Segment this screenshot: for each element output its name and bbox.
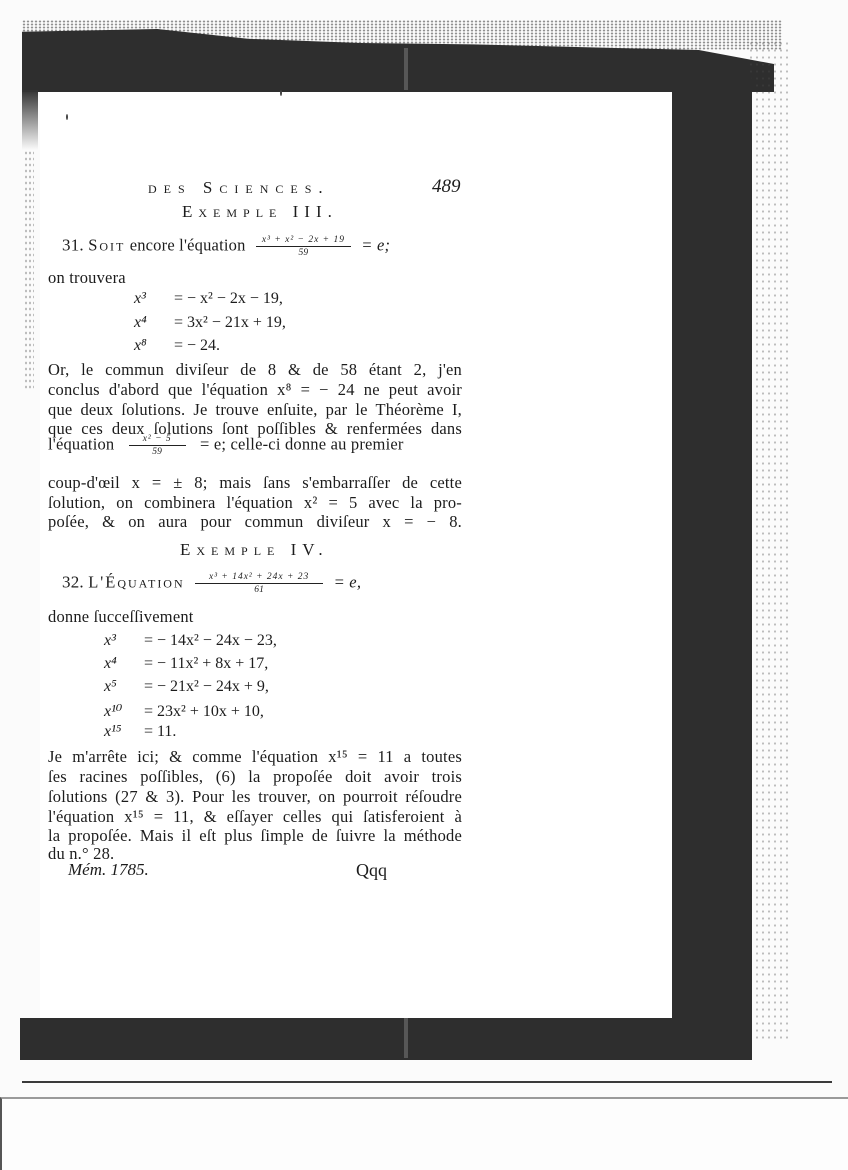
intro-lead: L'Équation: [88, 572, 184, 591]
fraction-denominator: 59: [256, 247, 351, 258]
paragraph-line-text: la propoſée. Mais il eſt plus ſimple de …: [48, 826, 462, 846]
paragraph-number: 32.: [62, 572, 84, 591]
equation-lhs: x⁴: [104, 655, 144, 673]
example-3-heading: Exemple III.: [182, 202, 338, 222]
intro-lead: Soit: [88, 235, 125, 254]
paragraph-line: ſolutions (27 & 3). Pour les trouver, on…: [48, 787, 462, 807]
scan-frame-left-speckle: [24, 150, 34, 390]
paragraph-line-text: ſes racines poſſibles, (6) la propoſée d…: [48, 767, 462, 787]
paragraph-32-intro: 32. L'Équation x³ + 14x² + 24x + 23 61 =…: [62, 572, 361, 595]
paragraph-line: ſes racines poſſibles, (6) la propoſée d…: [48, 767, 462, 787]
intro-rest: encore l'équation: [130, 235, 246, 254]
equation-row: x¹⁵= 11.: [104, 723, 176, 741]
paragraph-line-text: ſolutions (27 & 3). Pour les trouver, on…: [48, 787, 462, 807]
scan-frame-bottom: [20, 1018, 752, 1060]
equation-row: x¹⁰= 23x² + 10x + 10,: [104, 701, 264, 721]
scan-speck: [280, 90, 282, 96]
paragraph-line-text: Or, le commun diviſeur de 8 & de 58 étan…: [48, 360, 462, 380]
paragraph-line-text: l'équation x¹⁵ = 11, & eſſayer celles qu…: [48, 807, 462, 827]
line-prefix: l'équation: [48, 434, 114, 453]
equation-lhs: x¹⁵: [104, 723, 144, 741]
paragraph-line: coup-d'œil x = ± 8; mais ſans s'embarraſ…: [48, 473, 462, 493]
fraction-suffix: = e,: [334, 572, 362, 591]
equation-row: x³= − 14x² − 24x − 23,: [104, 632, 277, 650]
paragraph-line-text: que deux ſolutions. Je trouve enſuite, p…: [48, 400, 462, 420]
fraction-suffix: = e;: [361, 235, 390, 254]
scan-frame-spray: [748, 40, 788, 1040]
paragraph-line: que deux ſolutions. Je trouve enſuite, p…: [48, 400, 462, 420]
page: des Sciences. 489 Exemple III. 31. Soit …: [40, 92, 672, 1018]
footer-signature: Qqq: [356, 860, 387, 881]
paragraph-line: Or, le commun diviſeur de 8 & de 58 étan…: [48, 360, 462, 380]
equation-rhs: = − 11x² + 8x + 17,: [144, 655, 268, 673]
scan-frame-right: [672, 60, 752, 1058]
paragraph-line: la propoſée. Mais il eſt plus ſimple de …: [48, 826, 462, 846]
paragraph-line: l'équation x¹⁵ = 11, & eſſayer celles qu…: [48, 807, 462, 827]
equation-lhs: x³: [104, 632, 144, 650]
equation-rhs: = 3x² − 21x + 19,: [174, 314, 286, 332]
paragraph-line: poſée, & on aura pour commun diviſeur x …: [48, 512, 462, 532]
paragraph-line-text: coup-d'œil x = ± 8; mais ſans s'embarraſ…: [48, 473, 462, 493]
fraction-numerator: x³ + 14x² + 24x + 23: [195, 572, 323, 584]
equation-row: x⁴= − 11x² + 8x + 17,: [104, 655, 268, 673]
lower-sheet: [0, 1097, 848, 1170]
page-edge-rule: [22, 1081, 832, 1083]
on-trouvera: on trouvera: [48, 268, 126, 288]
running-head-title: des Sciences.: [148, 178, 330, 198]
line-with-fraction: l'équation x² − 5 59 = e; celle-ci donne…: [48, 434, 404, 457]
equation-lhs: x³: [134, 290, 174, 308]
line-suffix: = e; celle-ci donne au premier: [200, 434, 404, 453]
equation-lhs: x⁵: [104, 678, 144, 696]
equation-rhs: = 11.: [144, 723, 176, 741]
equation-rhs: = − 21x² − 24x + 9,: [144, 678, 269, 696]
fraction-denominator: 59: [129, 446, 186, 457]
paragraph-line-text: ſolution, on combinera l'équation x² = 5…: [48, 493, 462, 513]
paragraph-line-text: conclus d'abord que l'équation x⁸ = − 24…: [48, 380, 462, 400]
equation-lhs: x¹⁰: [104, 701, 144, 721]
scan-frame-seam-bottom: [404, 1018, 408, 1058]
equation-rhs: = − 14x² − 24x − 23,: [144, 632, 277, 650]
fraction-denominator: 61: [195, 584, 323, 595]
paragraph-number: 31.: [62, 235, 84, 254]
equation-rhs: = − 24.: [174, 337, 220, 355]
equation-fraction: x³ + 14x² + 24x + 23 61: [195, 572, 323, 595]
equation-row: x⁵= − 21x² − 24x + 9,: [104, 678, 269, 696]
equation-row: x³= − x² − 2x − 19,: [134, 290, 283, 308]
paragraph-line: ſolution, on combinera l'équation x² = 5…: [48, 493, 462, 513]
paragraph-line-text: poſée, & on aura pour commun diviſeur x …: [48, 512, 462, 532]
paragraph-line: Je m'arrête ici; & comme l'équation x¹⁵ …: [48, 747, 462, 767]
footer-volume: Mém. 1785.: [68, 860, 149, 880]
paragraph-line-text: Je m'arrête ici; & comme l'équation x¹⁵ …: [48, 747, 462, 767]
equation-rhs: = − x² − 2x − 19,: [174, 290, 283, 308]
equation-lhs: x⁸: [134, 337, 174, 355]
scan-frame-seam: [404, 48, 408, 90]
fraction-numerator: x³ + x² − 2x + 19: [256, 235, 351, 247]
donne-successivement: donne ſucceſſivement: [48, 607, 194, 627]
paragraph-31-intro: 31. Soit encore l'équation x³ + x² − 2x …: [62, 235, 390, 258]
example-4-heading: Exemple IV.: [180, 540, 329, 560]
page-number: 489: [432, 176, 461, 198]
equation-lhs: x⁴: [134, 314, 174, 332]
equation-row: x⁴= 3x² − 21x + 19,: [134, 314, 286, 332]
inline-fraction: x² − 5 59: [129, 434, 186, 457]
scan-speck: [66, 114, 68, 120]
fraction-numerator: x² − 5: [129, 434, 186, 446]
equation-rhs: = 23x² + 10x + 10,: [144, 703, 264, 721]
scan-frame-left: [22, 90, 38, 150]
equation-fraction: x³ + x² − 2x + 19 59: [256, 235, 351, 258]
equation-row: x⁸= − 24.: [134, 337, 220, 355]
paragraph-line: conclus d'abord que l'équation x⁸ = − 24…: [48, 380, 462, 400]
